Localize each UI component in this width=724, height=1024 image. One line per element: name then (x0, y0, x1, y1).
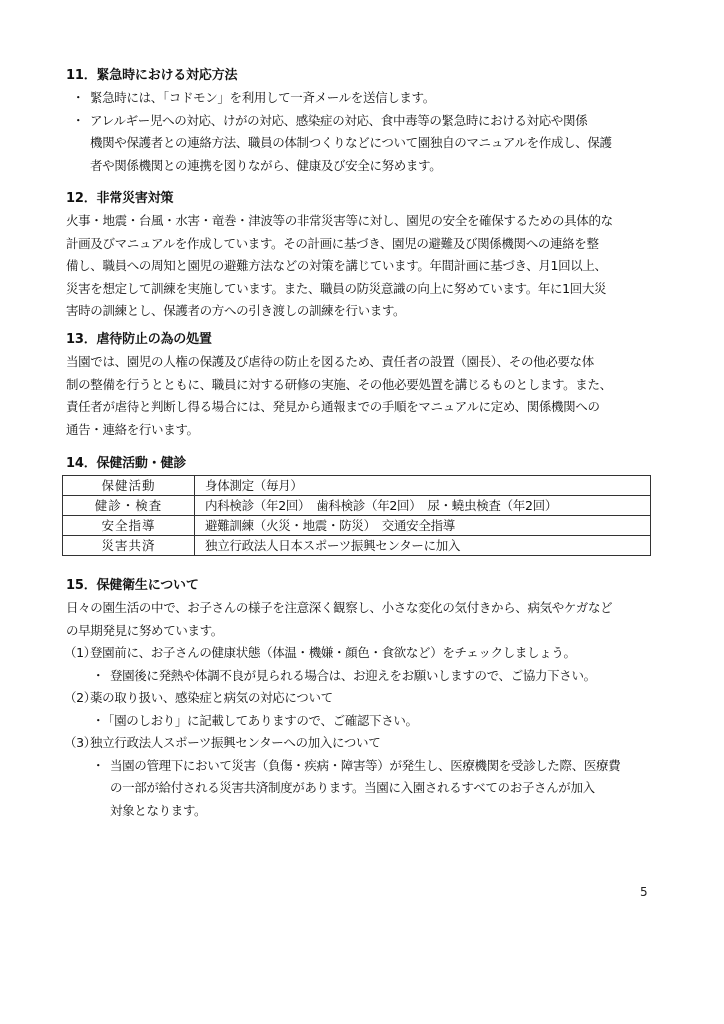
bullet-text-continued: 機関や保護者との連絡方法、職員の体制つくりなどについて園独自のマニュアルを作成し… (66, 132, 666, 155)
numbered-item: （1） 登園前に、お子さんの健康状態（体温・機嫌・顔色・食欲など）をチェックしま… (66, 642, 666, 665)
section-abuse-prevention: 13．虐待防止の為の処置 当園では、園児の人権の保護及び虐待の防止を図るため、責… (66, 329, 666, 441)
section-heading: 11．緊急時における対応方法 (66, 65, 666, 87)
section-health-activities: 14．保健活動・健診 (66, 453, 666, 475)
numbered-item: （3） 独立行政法人スポーツ振興センターへの加入について (66, 732, 666, 755)
table-label-cell: 安全指導 (63, 516, 195, 536)
paragraph-line: 通告・連絡を行います。 (66, 419, 666, 442)
item-title: 登園前に、お子さんの健康状態（体温・機嫌・顔色・食欲など）をチェックしましょう。 (90, 645, 576, 660)
section-heading: 12．非常災害対策 (66, 188, 666, 210)
item-number: （2） (64, 687, 96, 710)
table-value-cell: 身体測定（毎月） (195, 476, 651, 496)
item-number: （1） (64, 642, 96, 665)
section-disaster-measures: 12．非常災害対策 火事・地震・台風・水害・竜巻・津波等の非常災害等に対し、園児… (66, 188, 666, 323)
bullet-icon: ・ (92, 755, 104, 778)
section-emergency-response: 11．緊急時における対応方法 ・ 緊急時には、「コドモン」を利用して一斉メールを… (66, 65, 666, 177)
bullet-text-continued: 者や関係機関との連携を図りながら、健康及び安全に努めます。 (66, 155, 666, 178)
table-value-cell: 独立行政法人日本スポーツ振興センターに加入 (195, 536, 651, 556)
paragraph-line: 火事・地震・台風・水害・竜巻・津波等の非常災害等に対し、園児の安全を確保するため… (66, 210, 666, 233)
table-row: 健診・検査 内科検診（年2回） 歯科検診（年2回） 尿・蟯虫検査（年2回） (63, 496, 651, 516)
paragraph-line: 責任者が虐待と判断し得る場合には、発見から通報までの手順をマニュアルに定め、関係… (66, 396, 666, 419)
health-activities-table: 保健活動 身体測定（毎月） 健診・検査 内科検診（年2回） 歯科検診（年2回） … (62, 475, 651, 556)
item-title: 独立行政法人スポーツ振興センターへの加入について (90, 735, 380, 750)
section-heading: 13．虐待防止の為の処置 (66, 329, 666, 351)
sub-bullet-item: ・ 当園の管理下において災害（負傷・疾病・障害等）が発生し、医療機関を受診した際… (66, 755, 666, 778)
paragraph-line: 災害を想定して訓練を実施しています。また、職員の防災意識の向上に努めています。年… (66, 278, 666, 301)
bullet-text: 当園の管理下において災害（負傷・疾病・障害等）が発生し、医療機関を受診した際、医… (110, 758, 620, 773)
item-title: 薬の取り扱い、感染症と病気の対応について (90, 690, 333, 705)
page-number: 5 (640, 885, 648, 899)
table-row: 災害共済 独立行政法人日本スポーツ振興センターに加入 (63, 536, 651, 556)
table-row: 安全指導 避難訓練（火災・地震・防災） 交通安全指導 (63, 516, 651, 536)
bullet-item: ・ 緊急時には、「コドモン」を利用して一斉メールを送信します。 (66, 87, 666, 110)
bullet-icon: ・ (92, 665, 104, 688)
bullet-text: 登園後に発熱や体調不良が見られる場合は、お迎えをお願いしますので、ご協力下さい。 (110, 668, 596, 683)
table-value-cell: 内科検診（年2回） 歯科検診（年2回） 尿・蟯虫検査（年2回） (195, 496, 651, 516)
bullet-icon: ・ (92, 710, 104, 733)
table-label-cell: 災害共済 (63, 536, 195, 556)
bullet-icon: ・ (72, 110, 84, 133)
bullet-item: ・ アレルギー児への対応、けがの対応、感染症の対応、食中毒等の緊急時における対応… (66, 110, 666, 133)
bullet-text: 緊急時には、「コドモン」を利用して一斉メールを送信します。 (90, 90, 435, 105)
table-value-cell: 避難訓練（火災・地震・防災） 交通安全指導 (195, 516, 651, 536)
numbered-item: （2） 薬の取り扱い、感染症と病気の対応について (66, 687, 666, 710)
sub-bullet-item: ・ 登園後に発熱や体調不良が見られる場合は、お迎えをお願いしますので、ご協力下さ… (66, 665, 666, 688)
table-label-cell: 健診・検査 (63, 496, 195, 516)
paragraph-line: 備し、職員への周知と園児の避難方法などの対策を講じています。年間計画に基づき、月… (66, 255, 666, 278)
document-page: 11．緊急時における対応方法 ・ 緊急時には、「コドモン」を利用して一斉メールを… (0, 0, 724, 1024)
section-heading: 14．保健活動・健診 (66, 453, 666, 475)
bullet-text: アレルギー児への対応、けがの対応、感染症の対応、食中毒等の緊急時における対応や関… (90, 113, 587, 128)
section-heading: 15．保健衛生について (66, 575, 666, 597)
sub-bullet-item: ・ 「園のしおり」に記載してありますので、ご確認下さい。 (66, 710, 666, 733)
paragraph-line: 制の整備を行うとともに、職員に対する研修の実施、その他必要処置を講じるものとしま… (66, 374, 666, 397)
bullet-text-continued: の一部が給付される災害共済制度があります。当園に入園されるすべてのお子さんが加入 (66, 777, 666, 800)
table-label-cell: 保健活動 (63, 476, 195, 496)
bullet-icon: ・ (72, 87, 84, 110)
table-row: 保健活動 身体測定（毎月） (63, 476, 651, 496)
bullet-text: 「園のしおり」に記載してありますので、ご確認下さい。 (102, 713, 418, 728)
bullet-text-continued: 対象となります。 (66, 800, 666, 823)
section-health-hygiene: 15．保健衛生について 日々の園生活の中で、お子さんの様子を注意深く観察し、小さ… (66, 575, 666, 822)
paragraph-line: 当園では、園児の人権の保護及び虐待の防止を図るため、責任者の設置（園長）、その他… (66, 351, 666, 374)
paragraph-line: の早期発見に努めています。 (66, 620, 666, 643)
paragraph-line: 計画及びマニュアルを作成しています。その計画に基づき、園児の避難及び関係機関への… (66, 233, 666, 256)
item-number: （3） (64, 732, 96, 755)
paragraph-line: 日々の園生活の中で、お子さんの様子を注意深く観察し、小さな変化の気付きから、病気… (66, 597, 666, 620)
paragraph-line: 害時の訓練とし、保護者の方への引き渡しの訓練を行います。 (66, 300, 666, 323)
